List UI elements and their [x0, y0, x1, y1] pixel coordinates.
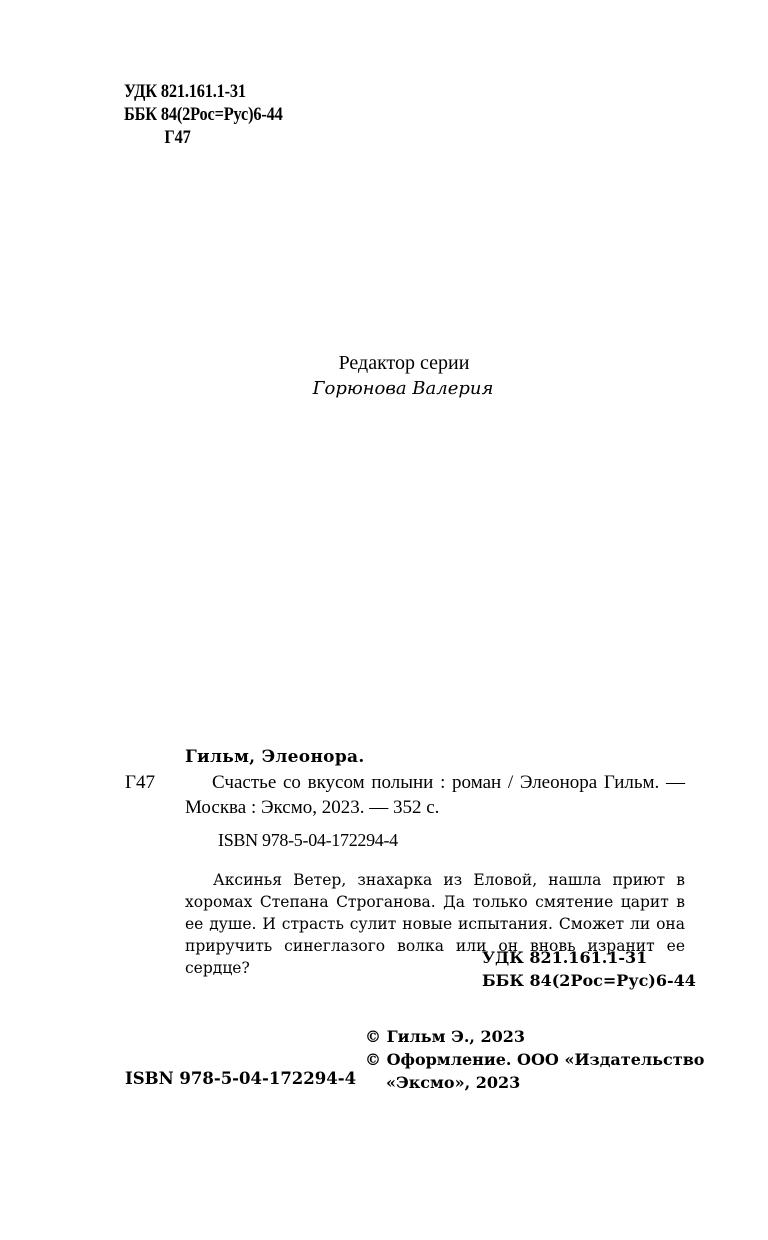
series-editor: Редактор серии Горюнова Валерия [0, 350, 768, 402]
record-udk: УДК 821.161.1-31 [482, 946, 696, 969]
record-bbk: ББК 84(2Рос=Рус)6-44 [482, 969, 696, 992]
copyright-author: © Гильм Э., 2023 [365, 1025, 704, 1048]
record-classification-codes: УДК 821.161.1-31 ББК 84(2Рос=Рус)6-44 [482, 946, 696, 992]
copyright-design-line2: «Эксмо», 2023 [365, 1071, 704, 1094]
record-author: Гильм, Элеонора. [125, 745, 685, 770]
classification-codes: УДК 821.161.1-31 ББК 84(2Рос=Рус)6-44 Г4… [124, 80, 283, 149]
record-description: Счастье со вкусом полыни : роман / Элеон… [185, 770, 685, 820]
udk-code: УДК 821.161.1-31 [124, 80, 283, 103]
copyright-block: © Гильм Э., 2023 © Оформление. ООО «Изда… [365, 1025, 704, 1094]
bbk-code: ББК 84(2Рос=Рус)6-44 [124, 103, 283, 126]
series-editor-name: Горюнова Валерия [0, 376, 768, 402]
series-editor-label: Редактор серии [0, 350, 768, 376]
record-author-mark: Г47 [125, 770, 155, 795]
bibliographic-record: Гильм, Элеонора. Г47 Счастье со вкусом п… [125, 745, 685, 979]
copyright-design-line1: © Оформление. ООО «Издательство [365, 1048, 704, 1071]
record-isbn: ISBN 978-5-04-172294-4 [125, 828, 685, 853]
record-body: Г47 Счастье со вкусом полыни : роман / Э… [125, 770, 685, 820]
author-mark: Г47 [124, 126, 283, 149]
footer-isbn: ISBN 978-5-04-172294-4 [125, 1069, 356, 1088]
